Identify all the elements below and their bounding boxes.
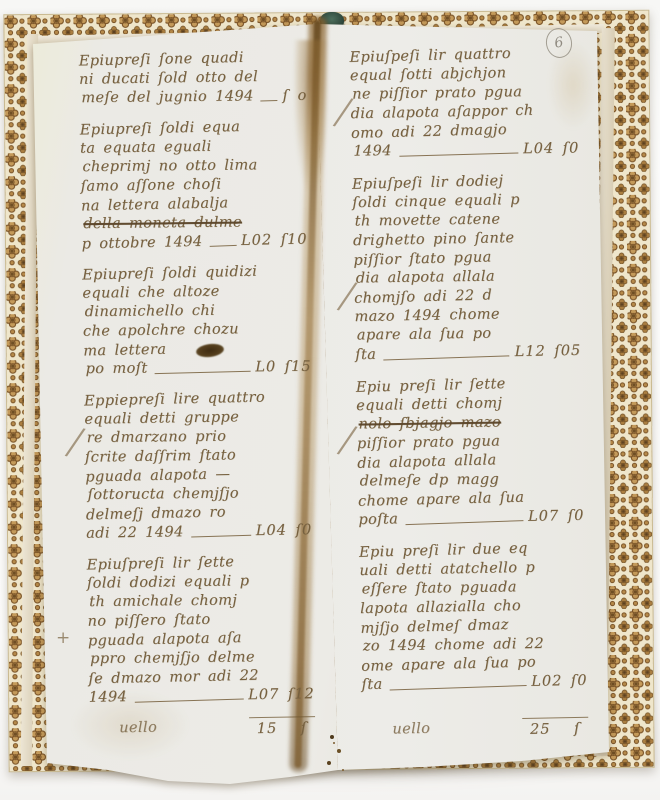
left-page-entries: Epiupreſi ſone quadini ducati ſold otto …	[79, 48, 315, 707]
ledger-leader-line	[405, 520, 523, 525]
ledger-amount: L07 ſ12	[248, 685, 315, 705]
ledger-amount-row: 1494L04 ſ0	[353, 139, 579, 161]
left-page-text-column: Epiupreſi ſone quadini ducati ſold otto …	[79, 48, 316, 741]
ledger-leader-line	[390, 685, 527, 691]
ledger-amount: L07 ſ0	[528, 507, 585, 527]
margin-plus-mark: +	[56, 628, 70, 648]
ledger-leader-line	[134, 699, 243, 703]
footer-word: uello	[119, 719, 157, 739]
ledger-leader-line	[383, 355, 509, 360]
ledger-leader-line	[191, 535, 251, 538]
ledger-leader-line	[155, 371, 251, 374]
ledger-amount-row: meſe del jugnio 1494ſ o	[81, 87, 307, 108]
manuscript-line: dinamichello chi	[85, 301, 311, 322]
folio-number: 6	[553, 34, 565, 51]
manuscript-entry: Epiuſpeſi lir quattroequal ſotti abjchjo…	[349, 44, 577, 162]
manuscript-line: apare ala ſua po	[357, 323, 583, 345]
manuscript-entry: Eppiepreſi lire quattroequali detti grup…	[84, 388, 312, 544]
manuscript-line: cheprimj no otto lima	[82, 156, 308, 177]
manuscript-line: poſta	[358, 510, 398, 530]
manuscript-entry: Epiuſpreſi lir ſetteſoldi dodizi equali …	[87, 552, 315, 708]
manuscript-entry: Epiuſpeſi lir dodiejſoldi cinque equali …	[352, 171, 582, 365]
manuscript-photo: 6 / + / / / Epiupreſi ſone quadini ducat…	[0, 0, 660, 800]
ledger-amount-row: ſtaL12 ſ05	[355, 342, 581, 365]
manuscript-entry: Epiupreſi ſoldi quidiziequali che altoze…	[82, 262, 310, 380]
right-page-text-column: Epiuſpeſi lir quattroequal ſotti abjchjo…	[349, 44, 588, 743]
manuscript-line: ſta	[361, 676, 382, 695]
ledger-leader-line	[261, 100, 278, 101]
ledger-amount-row: p ottobre 1494L02 ſ10	[81, 231, 307, 255]
right-page-entries: Epiuſpeſi lir quattroequal ſotti abjchjo…	[349, 44, 587, 695]
manuscript-line: ne piſſior prato pgua	[352, 82, 578, 104]
ledger-amount: L04 ſ0	[256, 521, 313, 541]
manuscript-entry: Epiupreſi ſone quadini ducati ſold otto …	[79, 48, 306, 109]
carry-total: 25 ſ	[522, 717, 589, 740]
footer-word: uello	[392, 720, 430, 740]
ledger-leader-line	[210, 245, 237, 247]
manuscript-entry: Epiu preſi lir due equali detti atatchel…	[359, 539, 588, 695]
manuscript-line: adi 22 1494	[86, 523, 184, 544]
ledger-amount: L04 ſ0	[523, 139, 580, 159]
manuscript-line: 1494	[89, 688, 128, 708]
manuscript-entry: Epiu preſi lir ſetteequali detti chomjno…	[356, 374, 585, 530]
ledger-amount: ſ o	[283, 87, 308, 106]
ledger-leader-line	[399, 152, 518, 156]
manuscript-line: po moſt	[85, 360, 147, 380]
ledger-amount: L02 ſ0	[531, 672, 588, 692]
manuscript-line: th movette catene	[355, 209, 581, 231]
manuscript-line: 1494	[353, 142, 392, 162]
manuscript-line: th amichale chomj	[89, 591, 315, 612]
right-page-footer: uello 25 ſ	[362, 717, 588, 743]
ledger-amount: L12 ſ05	[515, 342, 582, 362]
manuscript-line: p ottobre 1494	[81, 233, 202, 255]
manuscript-line: eſſere ſtato pguada	[362, 577, 588, 599]
manuscript-line: ſta	[355, 346, 376, 365]
ledger-amount: L02 ſ10	[241, 231, 308, 251]
manuscript-line: nolo ſbjagjo mazo	[358, 412, 584, 434]
carry-total: 15 ſ	[249, 716, 316, 739]
ledger-amount-row: po moſtL0 ſ15	[85, 358, 311, 379]
manuscript-line: meſe del jugnio 1494	[81, 87, 254, 108]
manuscript-entry: Epiupreſi ſoldi equata equata egualichep…	[80, 117, 308, 254]
ledger-amount: L0 ſ15	[255, 358, 311, 378]
left-page-footer: uello 15 ſ	[89, 716, 315, 742]
manuscript-line: re dmarzano prio	[87, 427, 313, 448]
